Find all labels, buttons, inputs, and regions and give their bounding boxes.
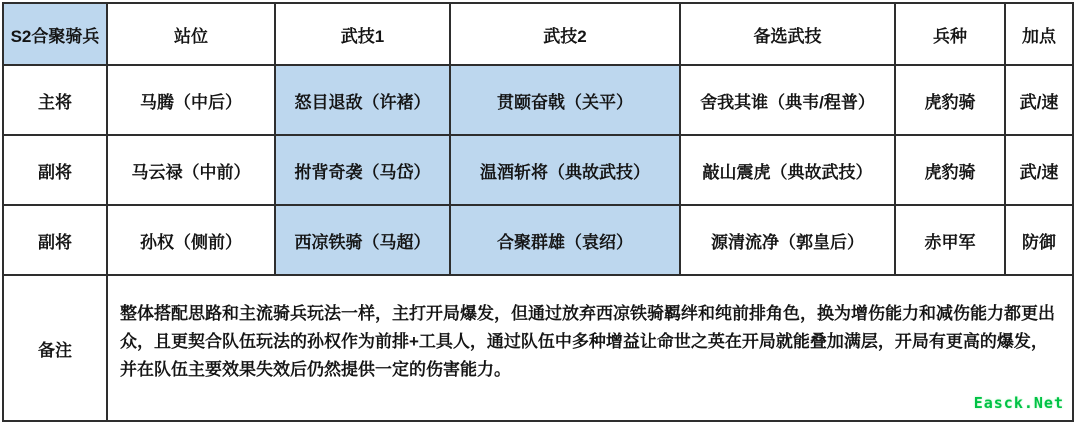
cell-skill1: 拊背奇袭（马岱）: [275, 135, 450, 205]
cell-troop: 虎豹骑: [895, 65, 1005, 135]
notes-cell: 整体搭配思路和主流骑兵玩法一样，主打开局爆发，但通过放弃西凉铁骑羁绊和纯前排角色…: [107, 275, 1073, 421]
table-row: 副将 马云禄（中前） 拊背奇袭（马岱） 温酒斩将（典故武技） 敲山震虎（典故武技…: [3, 135, 1073, 205]
cell-position: 马腾（中后）: [107, 65, 275, 135]
header-cell-stat-points: 加点: [1005, 3, 1073, 65]
cell-points: 武/速: [1005, 65, 1073, 135]
header-cell-squad-name: S2合聚骑兵: [3, 3, 107, 65]
table-row: 副将 孙权（侧前） 西凉铁骑（马超） 合聚群雄（袁绍） 源清流净（郭皇后） 赤甲…: [3, 205, 1073, 275]
watermark: Easck.Net: [974, 389, 1064, 417]
cell-alt-skill: 舍我其谁（典韦/程普）: [680, 65, 895, 135]
cell-position: 马云禄（中前）: [107, 135, 275, 205]
header-cell-skill2: 武技2: [450, 3, 680, 65]
cell-role: 主将: [3, 65, 107, 135]
cell-alt-skill: 源清流净（郭皇后）: [680, 205, 895, 275]
cell-troop: 虎豹骑: [895, 135, 1005, 205]
cell-points: 防御: [1005, 205, 1073, 275]
header-row: S2合聚骑兵 站位 武技1 武技2 备选武技 兵种 加点: [3, 3, 1073, 65]
header-cell-position: 站位: [107, 3, 275, 65]
cell-skill1: 怒目退敌（许褚）: [275, 65, 450, 135]
cell-skill1: 西凉铁骑（马超）: [275, 205, 450, 275]
cell-skill2: 温酒斩将（典故武技）: [450, 135, 680, 205]
notes-label-cell: 备注: [3, 275, 107, 421]
header-cell-skill1: 武技1: [275, 3, 450, 65]
notes-text: 整体搭配思路和主流骑兵玩法一样，主打开局爆发，但通过放弃西凉铁骑羁绊和纯前排角色…: [120, 300, 1058, 384]
table-row: 主将 马腾（中后） 怒目退敌（许褚） 贯颐奋戟（关平） 舍我其谁（典韦/程普） …: [3, 65, 1073, 135]
notes-row: 备注 整体搭配思路和主流骑兵玩法一样，主打开局爆发，但通过放弃西凉铁骑羁绊和纯前…: [3, 275, 1073, 421]
header-cell-troop-type: 兵种: [895, 3, 1005, 65]
cell-skill2: 贯颐奋戟（关平）: [450, 65, 680, 135]
header-cell-alt-skill: 备选武技: [680, 3, 895, 65]
cell-role: 副将: [3, 135, 107, 205]
squad-table: S2合聚骑兵 站位 武技1 武技2 备选武技 兵种 加点 主将 马腾（中后） 怒…: [2, 2, 1074, 422]
cell-points: 武/速: [1005, 135, 1073, 205]
cell-skill2: 合聚群雄（袁绍）: [450, 205, 680, 275]
cell-troop: 赤甲军: [895, 205, 1005, 275]
cell-role: 副将: [3, 205, 107, 275]
cell-alt-skill: 敲山震虎（典故武技）: [680, 135, 895, 205]
cell-position: 孙权（侧前）: [107, 205, 275, 275]
